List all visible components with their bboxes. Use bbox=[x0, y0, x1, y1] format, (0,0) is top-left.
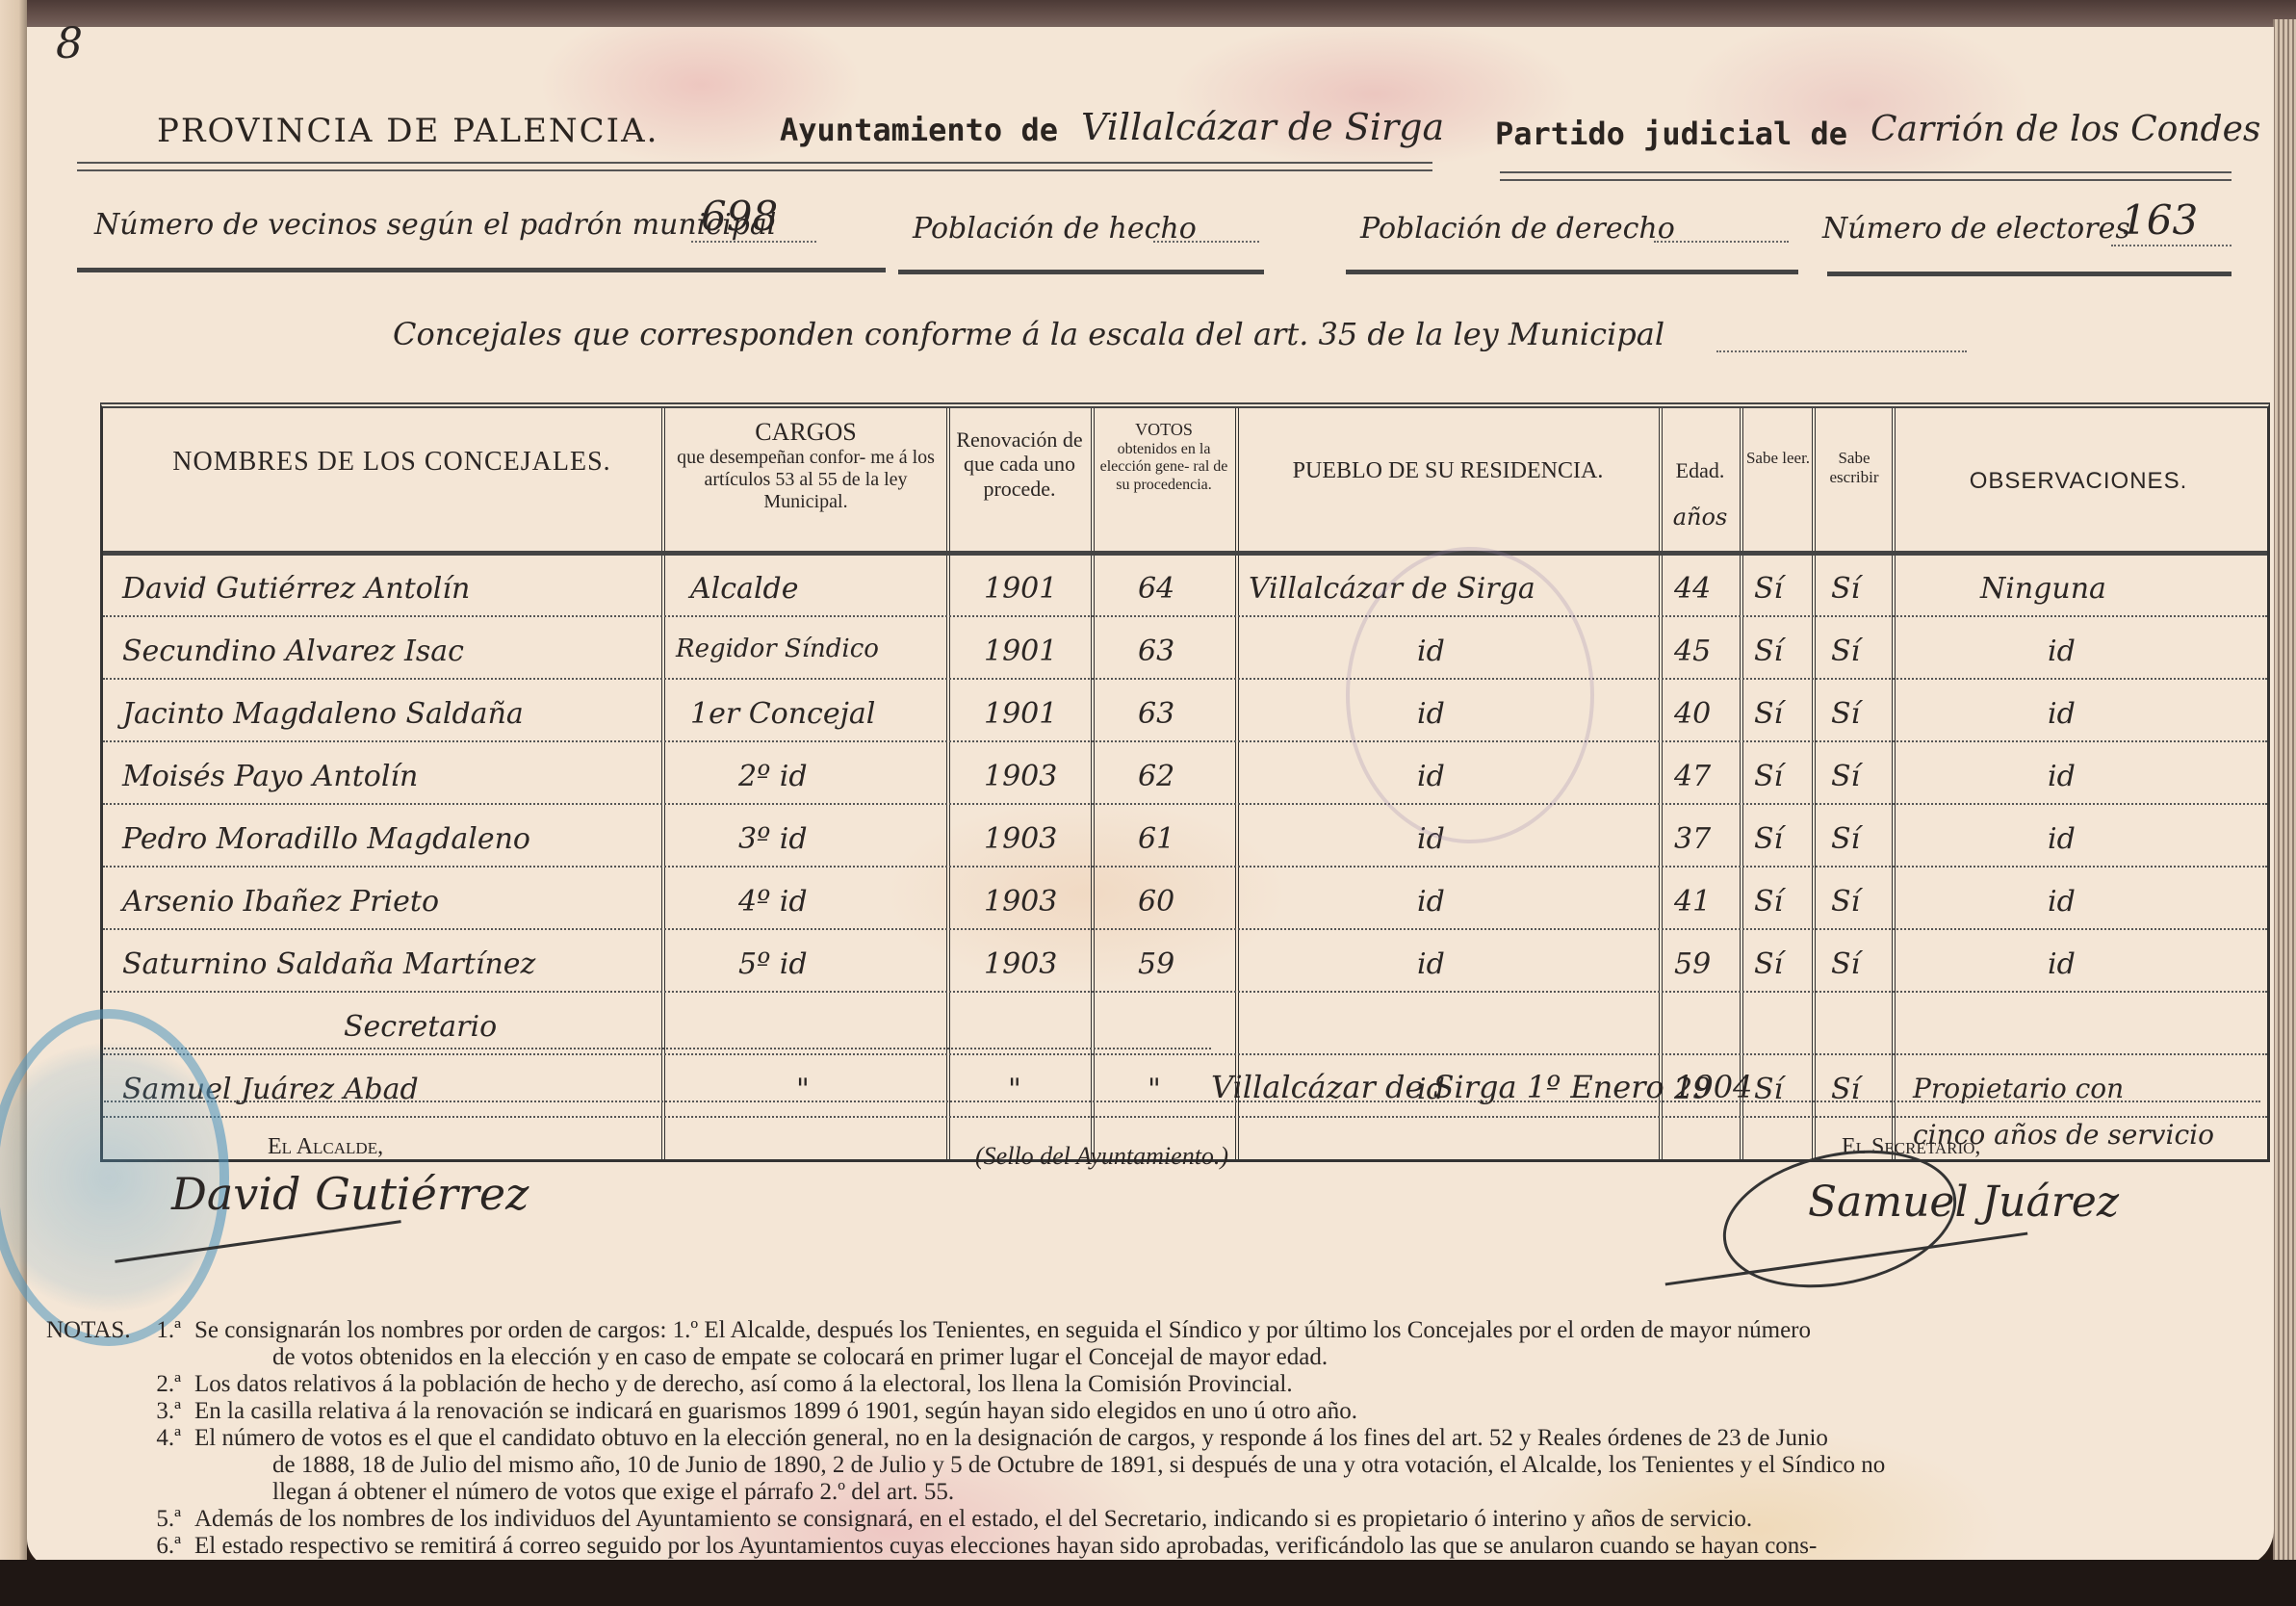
province-title: PROVINCIA DE PALENCIA. bbox=[157, 112, 658, 150]
faint-stamp-mark bbox=[1346, 547, 1594, 843]
cell-escribir: Sí bbox=[1831, 822, 1860, 856]
cell-leer: Sí bbox=[1754, 947, 1783, 981]
cell-votos: 61 bbox=[1138, 822, 1174, 856]
cell-leer: Sí bbox=[1754, 822, 1783, 856]
secretario-row-label: Secretario bbox=[344, 1010, 497, 1044]
right-page-edge bbox=[2273, 19, 2296, 1560]
note-item: NOTAS. 1.ª Se consignarán los nombres po… bbox=[114, 1317, 2251, 1344]
header-nombres: NOMBRES DE LOS CONCEJALES. bbox=[142, 447, 642, 478]
cell-observaciones: id bbox=[2048, 885, 2076, 919]
column-divider bbox=[1091, 408, 1095, 1159]
header-pueblo: PUEBLO DE SU RESIDENCIA. bbox=[1241, 458, 1655, 485]
header-cargos-sub: que desempeñan confor- me á los artículo… bbox=[666, 447, 945, 513]
header-edad: Edad. bbox=[1663, 458, 1738, 482]
row-rule bbox=[103, 740, 2267, 742]
row-rule bbox=[103, 866, 2267, 868]
cell-escribir: Sí bbox=[1831, 947, 1860, 981]
header-observaciones: OBSERVACIONES. bbox=[1896, 468, 2261, 495]
header-sabe-escribir: Sabe escribir bbox=[1817, 449, 1892, 486]
row-rule bbox=[103, 615, 2267, 617]
cell-votos: 63 bbox=[1138, 697, 1174, 731]
note-number: 3.ª bbox=[114, 1398, 194, 1425]
electores-value: 163 bbox=[2121, 196, 2198, 244]
column-divider bbox=[946, 408, 950, 1159]
ayuntamiento-label: Ayuntamiento de bbox=[780, 112, 1058, 148]
header-cargos-title: CARGOS bbox=[666, 418, 945, 447]
cell-escribir: Sí bbox=[1831, 572, 1860, 606]
note-continuation: de votos obtenidos en la elección y en c… bbox=[114, 1344, 2251, 1371]
column-divider bbox=[1740, 408, 1743, 1159]
header-bottom-rule bbox=[103, 551, 2267, 556]
note-number: 4.ª bbox=[114, 1425, 194, 1452]
note-item: 3.ª En la casilla relativa á la renovaci… bbox=[114, 1398, 2251, 1425]
cell-cargo: 3º id bbox=[738, 822, 808, 856]
alcalde-signature: David Gutiérrez bbox=[171, 1168, 529, 1220]
cell-leer: Sí bbox=[1754, 635, 1783, 668]
row-rule bbox=[104, 1101, 2260, 1102]
cell-renovacion: 1901 bbox=[984, 697, 1057, 731]
cell-nombre: Pedro Moradillo Magdaleno bbox=[122, 822, 530, 856]
header-sabe-leer: Sabe leer. bbox=[1744, 449, 1812, 468]
cell-cargo: Regidor Síndico bbox=[676, 635, 879, 663]
note-text: El número de votos es el que el candidat… bbox=[194, 1425, 2251, 1452]
cell-nombre: Saturnino Saldaña Martínez bbox=[122, 947, 535, 981]
note-text: El estado respectivo se remitirá á corre… bbox=[194, 1533, 2251, 1560]
cell-nombre: Arsenio Ibañez Prieto bbox=[122, 885, 439, 919]
note-text: Además de los nombres de los individuos … bbox=[194, 1506, 2251, 1533]
header-renovacion: Renovación de que cada uno procede. bbox=[952, 427, 1087, 501]
note-item: 6.ª El estado respectivo se remitirá á c… bbox=[114, 1533, 2251, 1560]
row-rule bbox=[103, 1116, 2267, 1118]
stats-rule bbox=[898, 270, 1264, 274]
stats-rule bbox=[77, 268, 886, 272]
book-edge-bottom bbox=[0, 1560, 2296, 1606]
note-item: 2.ª Los datos relativos á la población d… bbox=[114, 1371, 2251, 1398]
cell-votos: 59 bbox=[1138, 947, 1174, 981]
column-divider bbox=[1812, 408, 1816, 1159]
cell-cargo: Alcalde bbox=[690, 572, 799, 606]
place-date: Villalcázar de Sirga 1º Enero 1904 bbox=[1211, 1069, 1752, 1105]
document-page: 8 PROVINCIA DE PALENCIA. Ayuntamiento de… bbox=[27, 27, 2274, 1567]
vecinos-label: Número de vecinos según el padrón munici… bbox=[94, 208, 776, 242]
header-rule bbox=[77, 162, 684, 171]
cell-edad: 37 bbox=[1674, 822, 1711, 856]
partido-value: Carrión de los Condes bbox=[1870, 110, 2260, 149]
cell-pueblo: id bbox=[1417, 885, 1445, 919]
page-margin-mark: 8 bbox=[56, 19, 83, 68]
cell-escribir: Sí bbox=[1831, 635, 1860, 668]
cell-renovacion: 1903 bbox=[984, 947, 1057, 981]
cell-nombre: Jacinto Magdaleno Saldaña bbox=[122, 697, 524, 731]
poblacion-derecho-label: Población de derecho bbox=[1360, 212, 1675, 246]
cell-cargo: 2º id bbox=[738, 760, 808, 793]
cell-escribir: Sí bbox=[1831, 760, 1860, 793]
cell-nombre: Moisés Payo Antolín bbox=[122, 760, 418, 793]
cell-leer: Sí bbox=[1754, 885, 1783, 919]
column-divider bbox=[1892, 408, 1896, 1159]
poblacion-hecho-field bbox=[1153, 241, 1259, 243]
cell-votos: 60 bbox=[1138, 885, 1174, 919]
cell-edad: 41 bbox=[1674, 885, 1711, 919]
cell-cargo: 4º id bbox=[738, 885, 808, 919]
cell-nombre: Secundino Alvarez Isac bbox=[122, 635, 464, 668]
cell-observaciones: id bbox=[2048, 947, 2076, 981]
column-divider bbox=[1235, 408, 1239, 1159]
cell-votos: 63 bbox=[1138, 635, 1174, 668]
stats-rule bbox=[1827, 272, 2232, 276]
cell-pueblo: id bbox=[1417, 947, 1445, 981]
column-divider bbox=[661, 408, 665, 1159]
cell-cargo: 5º id bbox=[738, 947, 808, 981]
note-number: 5.ª bbox=[114, 1506, 194, 1533]
cell-leer: Sí bbox=[1754, 697, 1783, 731]
sello-label: (Sello del Ayuntamiento.) bbox=[975, 1142, 1228, 1171]
row-rule bbox=[103, 1053, 2267, 1055]
cell-edad: 44 bbox=[1674, 572, 1711, 606]
cell-votos: 62 bbox=[1138, 760, 1174, 793]
note-item: 5.ª Además de los nombres de los individ… bbox=[114, 1506, 2251, 1533]
row-rule bbox=[103, 678, 2267, 680]
cell-edad: 59 bbox=[1674, 947, 1711, 981]
row-rule bbox=[103, 928, 2267, 930]
header-rule bbox=[662, 162, 1432, 171]
partido-label: Partido judicial de bbox=[1495, 116, 1847, 152]
cell-edad: 47 bbox=[1674, 760, 1711, 793]
dotted-fill bbox=[1716, 350, 1967, 352]
cell-nombre: David Gutiérrez Antolín bbox=[122, 572, 470, 606]
concejales-escala-line: Concejales que corresponden conforme á l… bbox=[393, 316, 1664, 352]
row-rule bbox=[103, 991, 2267, 993]
row-rule bbox=[103, 803, 2267, 805]
cell-observaciones: id bbox=[2048, 822, 2076, 856]
cell-escribir: Sí bbox=[1831, 885, 1860, 919]
cell-cargo: 1er Concejal bbox=[690, 697, 875, 731]
cell-leer: Sí bbox=[1754, 572, 1783, 606]
electores-label: Número de electores bbox=[1822, 212, 2130, 246]
dotted-fill bbox=[691, 241, 816, 243]
cell-edad: 45 bbox=[1674, 635, 1711, 668]
header-votos-title: VOTOS bbox=[1096, 420, 1231, 440]
note-item: 4.ª El número de votos es el que el cand… bbox=[114, 1425, 2251, 1452]
cell-leer: Sí bbox=[1754, 760, 1783, 793]
cell-edad: 40 bbox=[1674, 697, 1711, 731]
cell-votos: 64 bbox=[1138, 572, 1174, 606]
alcalde-label: El Alcalde, bbox=[268, 1134, 383, 1160]
note-continuation: de 1888, 18 de Julio del mismo año, 10 d… bbox=[114, 1452, 2251, 1479]
ayuntamiento-value: Villalcázar de Sirga bbox=[1081, 106, 1444, 148]
cell-observaciones: id bbox=[2048, 635, 2076, 668]
note-continuation: llegan á obtener el número de votos que … bbox=[114, 1479, 2251, 1506]
header-edad-unit: años bbox=[1663, 505, 1738, 531]
cell-renovacion: 1901 bbox=[984, 635, 1057, 668]
note-text: Se consignarán los nombres por orden de … bbox=[194, 1317, 2251, 1344]
stats-rule bbox=[1346, 270, 1798, 274]
note-text: Los datos relativos á la población de he… bbox=[194, 1371, 2251, 1398]
cell-observaciones: Ninguna bbox=[1980, 572, 2106, 606]
cell-renovacion: 1901 bbox=[984, 572, 1057, 606]
header-votos-sub: obtenidos en la elección gene- ral de su… bbox=[1096, 441, 1231, 494]
row-rule bbox=[104, 1048, 1211, 1049]
cell-escribir: Sí bbox=[1831, 697, 1860, 731]
vecinos-value: 698 bbox=[701, 193, 778, 240]
note-number: 6.ª bbox=[114, 1533, 194, 1560]
poblacion-derecho-field bbox=[1654, 241, 1789, 243]
notes-section: NOTAS. 1.ª Se consignarán los nombres po… bbox=[114, 1317, 2251, 1587]
cell-renovacion: 1903 bbox=[984, 760, 1057, 793]
cell-observaciones: id bbox=[2048, 697, 2076, 731]
note-text: En la casilla relativa á la renovación s… bbox=[194, 1398, 2251, 1425]
left-page-edge bbox=[0, 0, 27, 1606]
cell-observaciones: id bbox=[2048, 760, 2076, 793]
note-number: 2.ª bbox=[114, 1371, 194, 1398]
cell-renovacion: 1903 bbox=[984, 885, 1057, 919]
cell-renovacion: 1903 bbox=[984, 822, 1057, 856]
header-rule bbox=[1500, 171, 2232, 181]
dotted-fill bbox=[2111, 245, 2232, 246]
